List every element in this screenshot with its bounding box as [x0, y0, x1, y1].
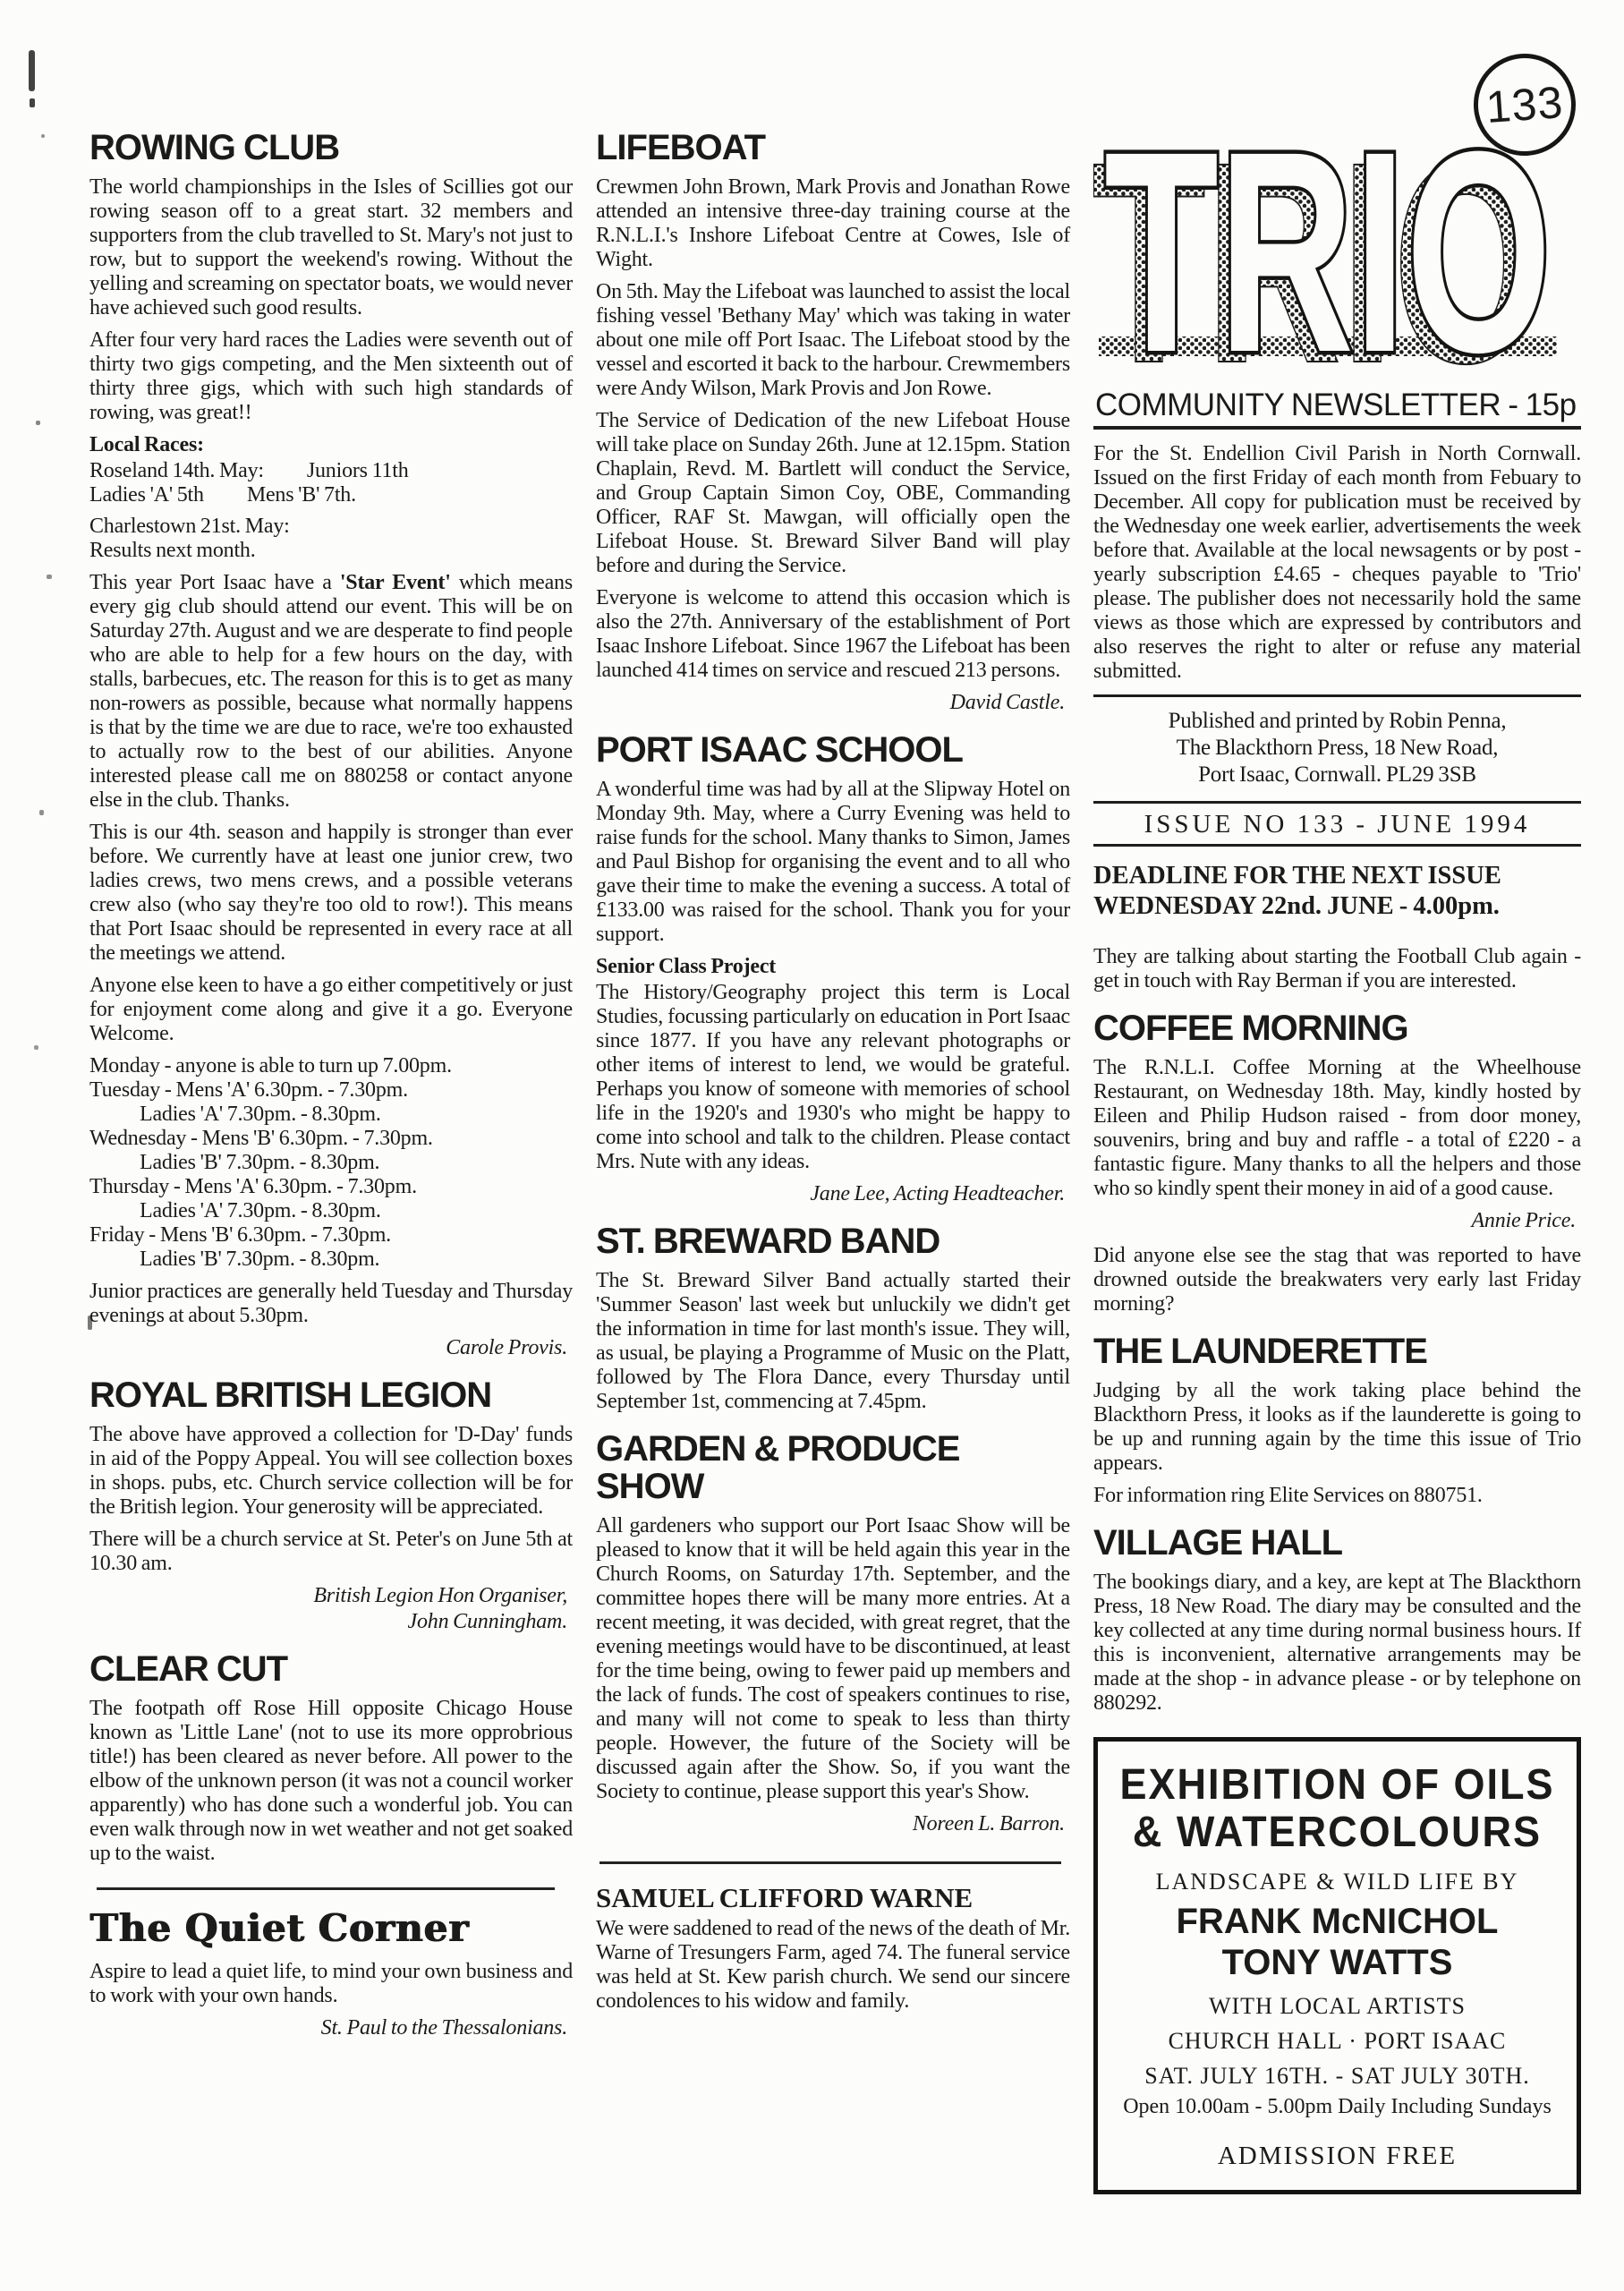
paragraph: The bookings diary, and a key, are kept …	[1093, 1571, 1581, 1716]
paragraph: Crewmen John Brown, Mark Provis and Jona…	[596, 175, 1070, 272]
scan-artifact	[36, 421, 40, 425]
rule	[1093, 694, 1581, 697]
scan-artifact	[34, 1045, 38, 1050]
signature: St. Paul to the Thessalonians.	[89, 2016, 567, 2040]
article-title: ROYAL BRITISH LEGION	[89, 1376, 573, 1414]
publisher-line: Port Isaac, Cornwall. PL29 3SB	[1093, 762, 1581, 788]
article-title: The Quiet Corner	[89, 1908, 573, 1949]
paragraph: The above have approved a collection for…	[89, 1423, 573, 1520]
schedule-line: Thursday - Mens 'A' 6.30pm. - 7.30pm.	[89, 1175, 573, 1199]
signature: Noreen L. Barron.	[596, 1812, 1065, 1836]
advert-hours: Open 10.00am - 5.00pm Daily Including Su…	[1110, 2095, 1564, 2119]
advert-artist-name: TONY WATTS	[1110, 1942, 1564, 1983]
column-left: ROWING CLUB The world championships in t…	[89, 47, 573, 2194]
paragraph: The footpath off Rose Hill opposite Chic…	[89, 1697, 573, 1866]
article-title: THE LAUNDERETTE	[1093, 1333, 1581, 1370]
schedule-line: Monday - anyone is able to turn up 7.00p…	[89, 1054, 573, 1078]
article-samuel-clifford-warne: SAMUEL CLIFFORD WARNE We were saddened t…	[596, 1886, 1070, 2014]
logo-text: TRIO	[1104, 116, 1552, 378]
masthead-logo: TRIO TRIO	[1093, 116, 1581, 384]
section-divider	[97, 1887, 555, 1890]
scan-artifact	[30, 98, 35, 107]
article-quiet-corner: The Quiet Corner Aspire to lead a quiet …	[89, 1908, 573, 2040]
article-launderette: THE LAUNDERETTE Judging by all the work …	[1093, 1333, 1581, 1508]
signature: Carole Provis.	[89, 1336, 567, 1360]
schedule-line: Ladies 'A' 7.30pm. - 8.30pm.	[89, 1199, 573, 1223]
scan-artifact	[29, 50, 35, 91]
exhibition-advert-box: EXHIBITION OF OILS & WATERCOLOURS LANDSC…	[1093, 1737, 1581, 2194]
paragraph: The St. Breward Silver Band actually sta…	[596, 1269, 1070, 1414]
scan-artifact	[41, 134, 45, 138]
paragraph: We were saddened to read of the news of …	[596, 1917, 1070, 2014]
issue-line: ISSUE NO 133 - JUNE 1994	[1093, 801, 1581, 847]
signature: John Cunningham.	[89, 1610, 567, 1634]
about-paragraph: For the St. Endellion Civil Parish in No…	[1093, 442, 1581, 684]
article-lifeboat: LIFEBOAT Crewmen John Brown, Mark Provis…	[596, 129, 1070, 715]
paragraph: There will be a church service at St. Pe…	[89, 1528, 573, 1576]
race-line: Results next month.	[89, 539, 573, 563]
paragraph: A wonderful time was had by all at the S…	[596, 778, 1070, 947]
newsletter-page: ROWING CLUB The world championships in t…	[0, 0, 1624, 2291]
paragraph: The world championships in the Isles of …	[89, 175, 573, 320]
football-note: They are talking about starting the Foot…	[1093, 945, 1581, 993]
article-title: VILLAGE HALL	[1093, 1524, 1581, 1562]
paragraph: After four very hard races the Ladies we…	[89, 328, 573, 425]
paragraph: For information ring Elite Services on 8…	[1093, 1484, 1581, 1508]
paragraph: Aspire to lead a quiet life, to mind you…	[89, 1960, 573, 2008]
schedule-line: Ladies 'B' 7.30pm. - 8.30pm.	[89, 1151, 573, 1175]
column-middle: LIFEBOAT Crewmen John Brown, Mark Provis…	[596, 47, 1070, 2194]
race-line: Charlestown 21st. May:	[89, 515, 573, 539]
publisher-line: The Blackthorn Press, 18 New Road,	[1093, 735, 1581, 762]
publisher-block: Published and printed by Robin Penna, Th…	[1093, 708, 1581, 788]
race-results: Roseland 14th. May:Juniors 11th Ladies '…	[89, 459, 573, 563]
race-line: Roseland 14th. May:Juniors 11th	[89, 459, 573, 483]
article-title: CLEAR CUT	[89, 1650, 573, 1688]
article-st-breward-band: ST. BREWARD BAND The St. Breward Silver …	[596, 1222, 1070, 1414]
advert-artist-name: FRANK McNICHOL	[1110, 1901, 1564, 1942]
paragraph: All gardeners who support our Port Isaac…	[596, 1514, 1070, 1804]
subheading-senior-class-project: Senior Class Project	[596, 955, 1070, 979]
article-title: LIFEBOAT	[596, 129, 1070, 166]
article-rowing-club: ROWING CLUB The world championships in t…	[89, 129, 573, 1360]
practice-schedule: Monday - anyone is able to turn up 7.00p…	[89, 1054, 573, 1272]
article-title: GARDEN & PRODUCE SHOW	[596, 1430, 1070, 1505]
article-village-hall: VILLAGE HALL The bookings diary, and a k…	[1093, 1524, 1581, 1716]
advert-subtitle: LANDSCAPE & WILD LIFE BY	[1110, 1869, 1564, 1894]
scan-artifact	[39, 810, 44, 815]
advert-title: EXHIBITION OF OILS & WATERCOLOURS	[1110, 1761, 1564, 1855]
paragraph: The Service of Dedication of the new Lif…	[596, 409, 1070, 578]
signature: Annie Price.	[1093, 1209, 1576, 1233]
paragraph: Anyone else keen to have a go either com…	[89, 974, 573, 1046]
advert-with-line: WITH LOCAL ARTISTS	[1110, 1994, 1564, 2018]
paragraph: This year Port Isaac have a 'Star Event'…	[89, 571, 573, 813]
paragraph: On 5th. May the Lifeboat was launched to…	[596, 280, 1070, 401]
schedule-line: Tuesday - Mens 'A' 6.30pm. - 7.30pm.	[89, 1078, 573, 1103]
paragraph: The History/Geography project this term …	[596, 981, 1070, 1174]
article-clear-cut: CLEAR CUT The footpath off Rose Hill opp…	[89, 1650, 573, 1866]
article-title: COFFEE MORNING	[1093, 1009, 1581, 1047]
schedule-line: Wednesday - Mens 'B' 6.30pm. - 7.30pm.	[89, 1127, 573, 1151]
paragraph: Everyone is welcome to attend this occas…	[596, 586, 1070, 683]
article-garden-produce-show: GARDEN & PRODUCE SHOW All gardeners who …	[596, 1430, 1070, 1836]
paragraph: Judging by all the work taking place beh…	[1093, 1379, 1581, 1476]
paragraph: This is our 4th. season and happily is s…	[89, 821, 573, 966]
schedule-line: Ladies 'A' 7.30pm. - 8.30pm.	[89, 1103, 573, 1127]
article-royal-british-legion: ROYAL BRITISH LEGION The above have appr…	[89, 1376, 573, 1634]
schedule-line: Friday - Mens 'B' 6.30pm. - 7.30pm.	[89, 1223, 573, 1248]
paragraph: Junior practices are generally held Tues…	[89, 1280, 573, 1328]
signature: British Legion Hon Organiser,	[89, 1584, 567, 1608]
article-title: ST. BREWARD BAND	[596, 1222, 1070, 1260]
subheading-local-races: Local Races:	[89, 433, 573, 457]
section-divider	[599, 1861, 1061, 1864]
article-title: SAMUEL CLIFFORD WARNE	[596, 1886, 1070, 1910]
article-port-isaac-school: PORT ISAAC SCHOOL A wonderful time was h…	[596, 731, 1070, 1206]
column-right: 133 TRIO TRIO COMMUNITY NEWSLETTER -	[1093, 47, 1581, 2194]
deadline-notice: DEADLINE FOR THE NEXT ISSUE WEDNESDAY 22…	[1093, 861, 1581, 922]
article-title: ROWING CLUB	[89, 129, 573, 166]
article-coffee-morning: COFFEE MORNING The R.N.L.I. Coffee Morni…	[1093, 1009, 1581, 1233]
paragraph: The R.N.L.I. Coffee Morning at the Wheel…	[1093, 1056, 1581, 1201]
advert-venue: CHURCH HALL · PORT ISAAC	[1110, 2029, 1564, 2053]
stag-note: Did anyone else see the stag that was re…	[1093, 1244, 1581, 1316]
signature: David Castle.	[596, 691, 1065, 715]
advert-admission: ADMISSION FREE	[1110, 2144, 1564, 2168]
scan-artifact	[47, 575, 52, 579]
race-line: Ladies 'A' 5thMens 'B' 7th.	[89, 483, 573, 507]
schedule-line: Ladies 'B' 7.30pm. - 8.30pm.	[89, 1248, 573, 1272]
article-title: PORT ISAAC SCHOOL	[596, 731, 1070, 769]
signature: Jane Lee, Acting Headteacher.	[596, 1182, 1065, 1206]
advert-dates: SAT. JULY 16TH. - SAT JULY 30TH.	[1110, 2064, 1564, 2088]
publisher-line: Published and printed by Robin Penna,	[1093, 708, 1581, 735]
newsletter-tagline: COMMUNITY NEWSLETTER - 15p	[1093, 386, 1581, 430]
